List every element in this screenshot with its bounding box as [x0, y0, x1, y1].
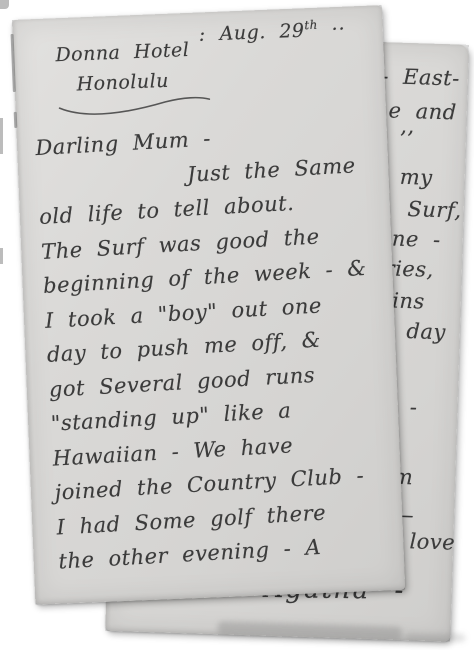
page2-fragment: day	[406, 319, 446, 344]
scan-artifact	[0, 0, 9, 9]
page2-fragment: - East-	[381, 64, 460, 90]
city-underline-flourish	[55, 92, 214, 124]
paper-edge-tear	[14, 112, 18, 128]
date-ordinal: th	[304, 18, 318, 33]
scan-artifact	[0, 248, 3, 264]
page2-fragment: e and	[388, 98, 457, 124]
scan-artifact	[0, 118, 3, 154]
letter-body: Darling Mum - Just the Same old life to …	[34, 112, 404, 579]
page2-fragment: love	[409, 529, 455, 554]
letter-photo: { "letter": { "page1": { "hotel": "Donna…	[0, 0, 474, 650]
page2-fragment: ins	[392, 289, 425, 314]
date-suffix-marks: ··	[331, 18, 346, 41]
page2-fragment: -	[409, 395, 417, 419]
ink-smudge	[405, 632, 465, 642]
date-text: Aug. 29	[219, 20, 305, 45]
letter-page-1: Donna Hotel Honolulu : Aug. 29th ·· Darl…	[12, 5, 405, 604]
ink-smudge	[217, 621, 402, 640]
letter-date: : Aug. 29th ··	[198, 17, 346, 46]
page2-fragment: ’’	[399, 127, 414, 151]
page2-fragment: my	[399, 165, 433, 190]
paper-edge-tear	[11, 34, 16, 92]
page2-fragment: Surf,	[407, 197, 462, 223]
letterhead: Donna Hotel Honolulu	[55, 35, 191, 100]
date-prefix-marks: :	[198, 24, 206, 46]
hotel-name: Donna Hotel	[55, 35, 190, 70]
